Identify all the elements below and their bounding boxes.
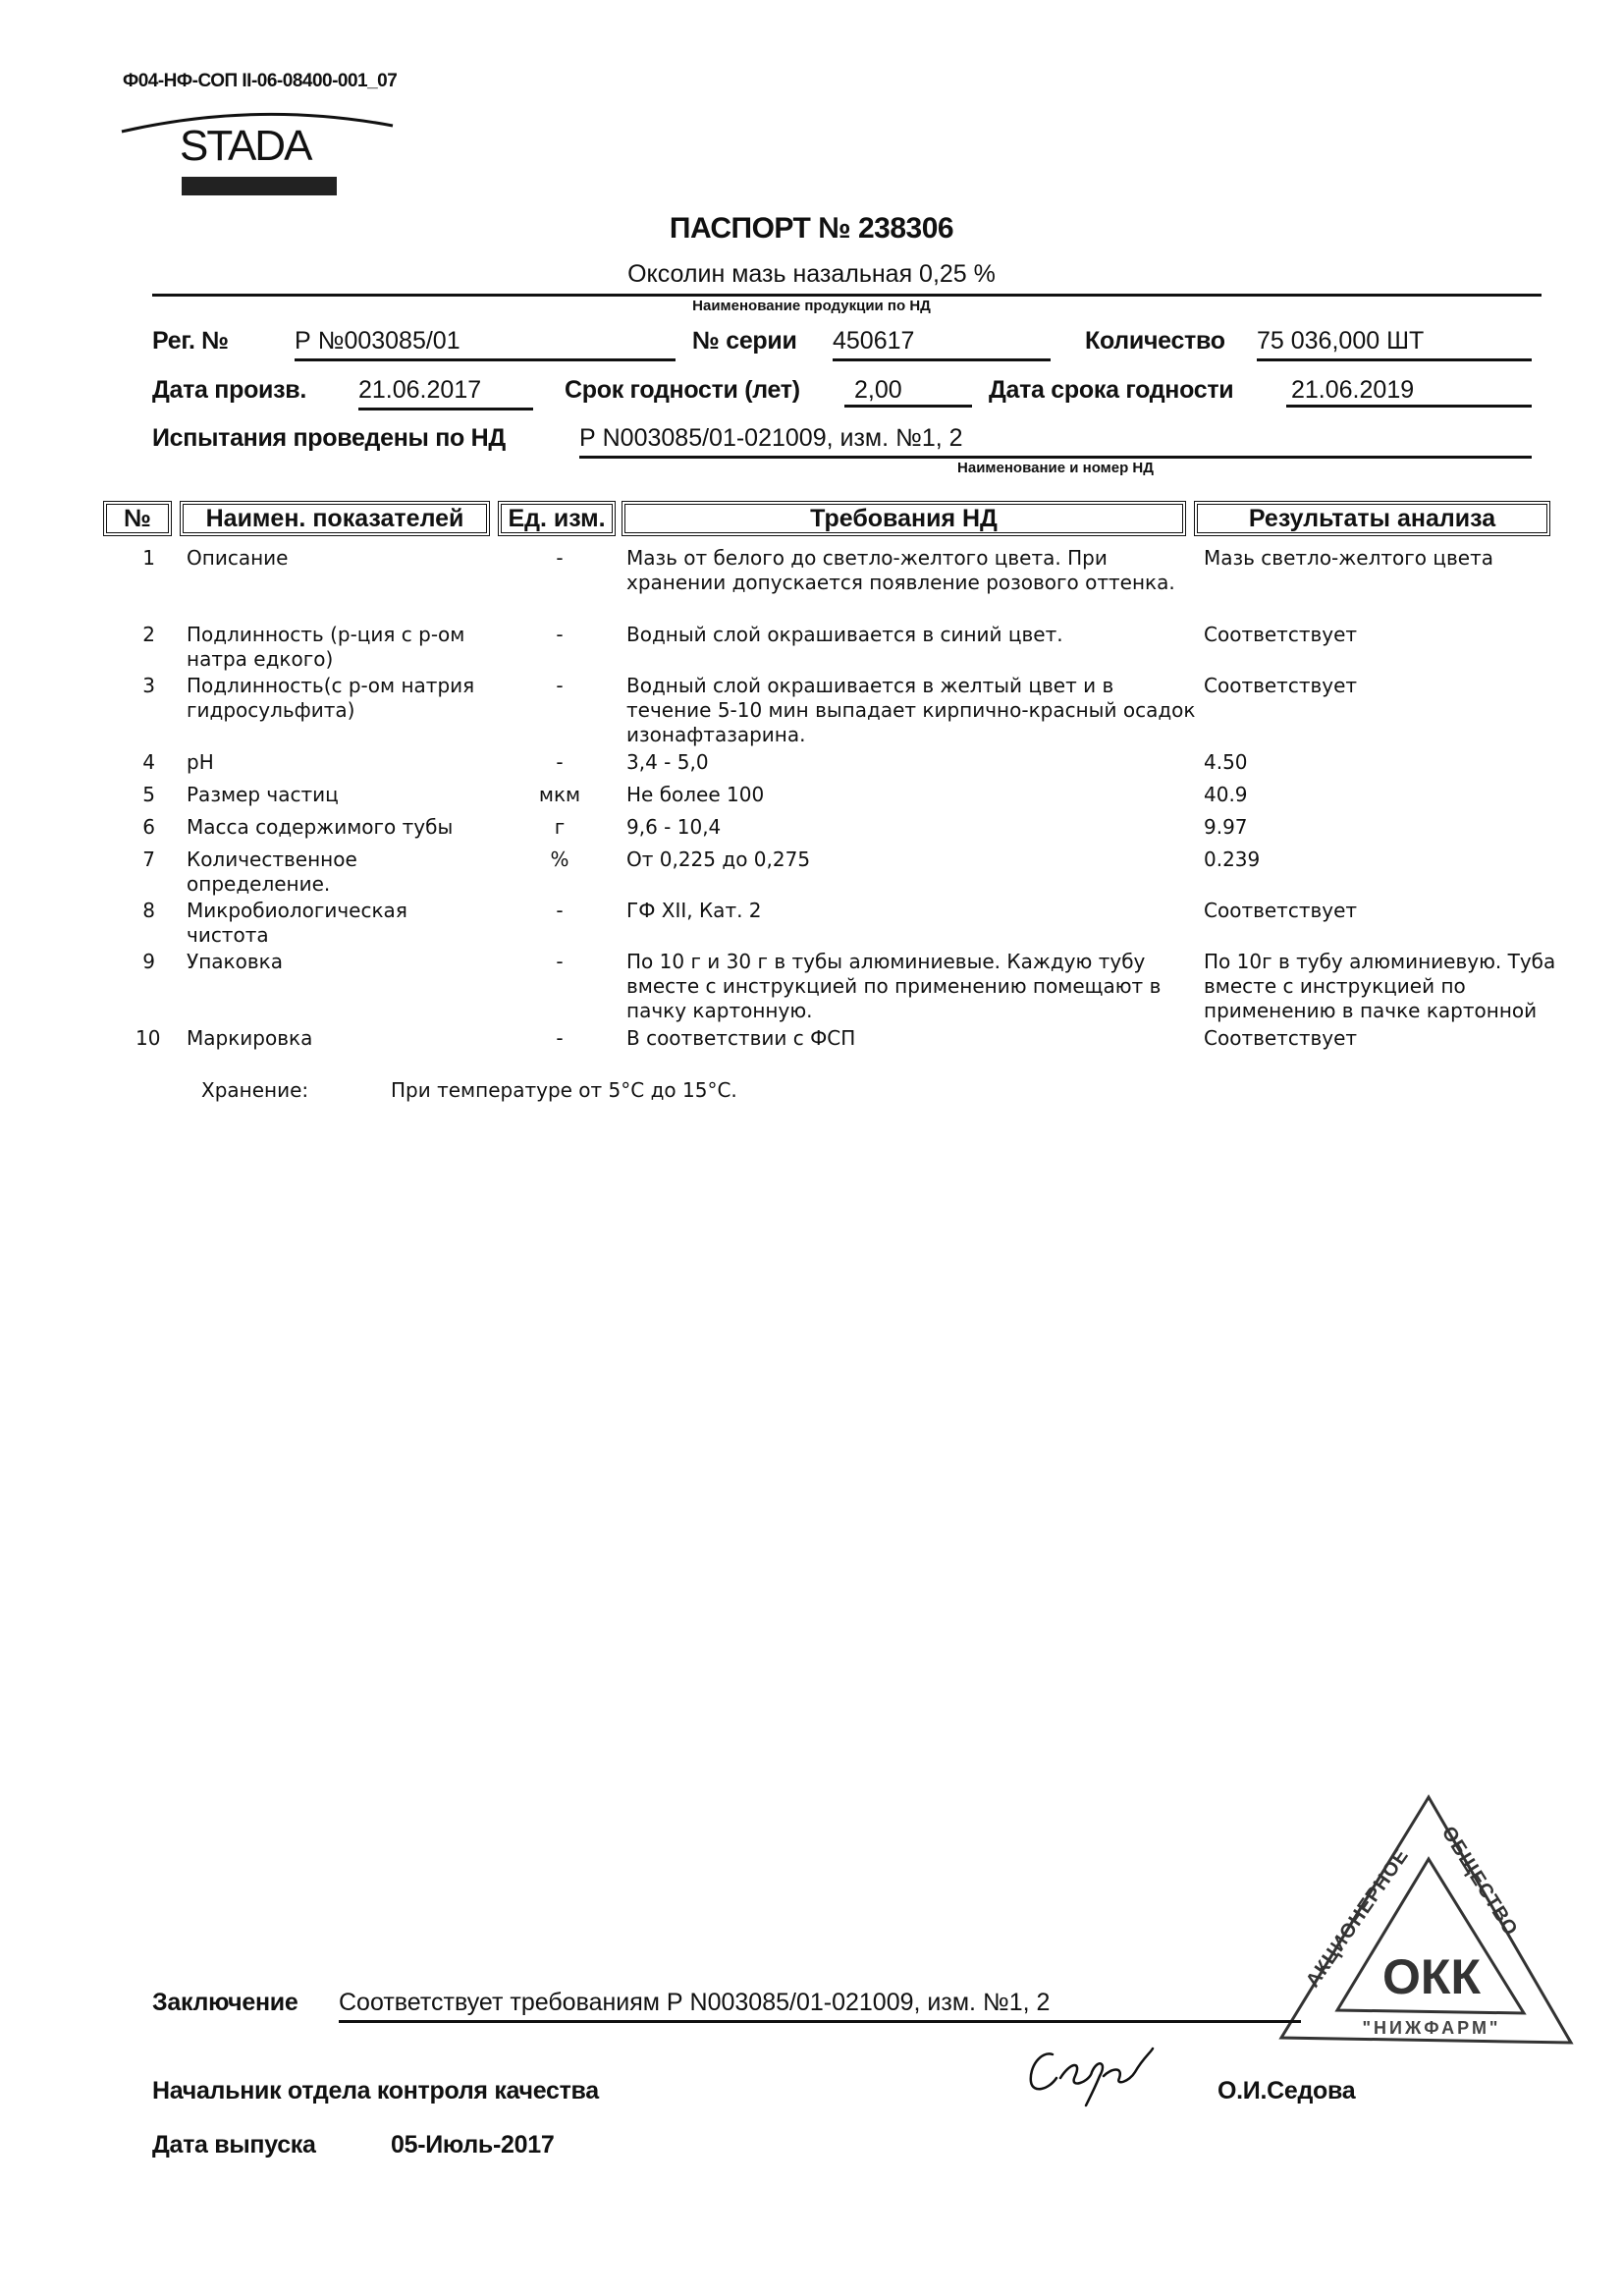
- row-result: Соответствует: [1204, 899, 1596, 923]
- row-name: Размер частиц: [187, 783, 511, 807]
- row-name: pH: [187, 750, 511, 775]
- row-result: Соответствует: [1204, 674, 1596, 698]
- row-requirement: ГФ XII, Кат. 2: [626, 899, 1196, 923]
- row-result: Соответствует: [1204, 623, 1596, 647]
- row-unit: мкм: [530, 783, 589, 807]
- header-requirements: Требования НД: [622, 501, 1186, 536]
- row-requirement: 9,6 - 10,4: [626, 815, 1196, 840]
- row-requirement: Водный слой окрашивается в желтый цвет и…: [626, 674, 1196, 747]
- okk-stamp-icon: АКЦИОНЕРНОЕ ОБЩЕСТВО ОКК "НИЖФАРМ": [1276, 1792, 1581, 2048]
- row-requirement: 3,4 - 5,0: [626, 750, 1196, 775]
- row-unit: -: [530, 899, 589, 923]
- row-result: Мазь светло-желтого цвета: [1204, 546, 1596, 571]
- header-results: Результаты анализа: [1194, 501, 1550, 536]
- row-num: 6: [135, 815, 155, 840]
- storage-label: Хранение:: [201, 1078, 308, 1102]
- shelf-life-value: 2,00: [844, 376, 972, 408]
- row-num: 4: [135, 750, 155, 775]
- row-requirement: Водный слой окрашивается в синий цвет.: [626, 623, 1196, 647]
- mfg-date-value: 21.06.2017: [358, 376, 533, 410]
- row-unit: %: [530, 847, 589, 872]
- row-unit: -: [530, 750, 589, 775]
- row-name: Маркировка: [187, 1026, 511, 1051]
- row-requirement: Не более 100: [626, 783, 1196, 807]
- reg-value: Р №003085/01: [295, 327, 676, 361]
- row-name: Подлинность(с р-ом натрия гидросульфита): [187, 674, 481, 723]
- series-label: № серии: [692, 327, 797, 355]
- header-indicator: Наимен. показателей: [180, 501, 490, 536]
- row-unit: -: [530, 1026, 589, 1051]
- quantity-value: 75 036,000 ШТ: [1257, 327, 1532, 361]
- row-name: Количественное определение.: [187, 847, 383, 897]
- row-requirement: В соответствии с ФСП: [626, 1026, 1196, 1051]
- row-name: Подлинность (р-ция с р-ом натра едкого): [187, 623, 501, 672]
- row-name: Микробиологическая чистота: [187, 899, 442, 948]
- row-result: 40.9: [1204, 783, 1596, 807]
- storage-value: При температуре от 5°С до 15°С.: [391, 1078, 737, 1102]
- product-caption: Наименование продукции по НД: [0, 298, 1623, 314]
- page-title: ПАСПОРТ № 238306: [0, 212, 1623, 246]
- row-num: 9: [135, 950, 155, 974]
- row-unit: г: [530, 815, 589, 840]
- row-result: По 10г в тубу алюминиевую. Туба вместе с…: [1204, 950, 1587, 1023]
- row-num: 3: [135, 674, 155, 698]
- row-num: 5: [135, 783, 155, 807]
- stamp-right-text: ОБЩЕСТВО: [1437, 1823, 1522, 1941]
- row-num: 1: [135, 546, 155, 571]
- reg-label: Рег. №: [152, 327, 229, 355]
- series-value: 450617: [833, 327, 1051, 361]
- signer-name: О.И.Седова: [1217, 2077, 1355, 2105]
- row-unit: -: [530, 623, 589, 647]
- conclusion-value: Соответствует требованиям Р N003085/01-0…: [339, 1989, 1301, 2023]
- row-requirement: От 0,225 до 0,275: [626, 847, 1196, 872]
- row-name: Описание: [187, 546, 511, 571]
- tests-label: Испытания проведены по НД: [152, 424, 506, 453]
- row-requirement: По 10 г и 30 г в тубы алюминиевые. Кажду…: [626, 950, 1196, 1023]
- mfg-date-label: Дата произв.: [152, 376, 306, 405]
- form-code: Ф04-НФ-СОП II-06-08400-001_07: [123, 71, 397, 92]
- row-num: 8: [135, 899, 155, 923]
- stada-logo: STADA: [180, 122, 310, 171]
- expiry-value: 21.06.2019: [1286, 376, 1532, 408]
- header-unit: Ед. изм.: [498, 501, 616, 536]
- row-result: 9.97: [1204, 815, 1596, 840]
- logo-bar: [182, 177, 337, 195]
- product-name: Оксолин мазь назальная 0,25 %: [0, 260, 1623, 289]
- row-result: 0.239: [1204, 847, 1596, 872]
- row-name: Упаковка: [187, 950, 511, 974]
- product-rule: [152, 294, 1542, 297]
- row-result: 4.50: [1204, 750, 1596, 775]
- release-date-value: 05-Июль-2017: [391, 2131, 554, 2159]
- shelf-life-label: Срок годности (лет): [565, 376, 800, 405]
- conclusion-label: Заключение: [152, 1989, 298, 2017]
- row-num: 2: [135, 623, 155, 647]
- quantity-label: Количество: [1085, 327, 1225, 355]
- row-unit: -: [530, 950, 589, 974]
- expiry-label: Дата срока годности: [989, 376, 1233, 405]
- row-num: 7: [135, 847, 155, 872]
- row-num: 10: [135, 1026, 155, 1051]
- row-unit: -: [530, 674, 589, 698]
- row-unit: -: [530, 546, 589, 571]
- release-date-label: Дата выпуска: [152, 2131, 316, 2159]
- svg-text:ОБЩЕСТВО: ОБЩЕСТВО: [1437, 1823, 1522, 1941]
- stamp-center-text: ОКК: [1382, 1949, 1481, 2004]
- row-requirement: Мазь от белого до светло-желтого цвета. …: [626, 546, 1196, 595]
- head-label: Начальник отдела контроля качества: [152, 2077, 599, 2105]
- row-result: Соответствует: [1204, 1026, 1596, 1051]
- tests-value: Р N003085/01-021009, изм. №1, 2: [579, 424, 1532, 459]
- tests-caption: Наименование и номер НД: [579, 460, 1532, 476]
- stamp-bottom-text: "НИЖФАРМ": [1363, 2018, 1501, 2038]
- row-name: Масса содержимого тубы: [187, 815, 511, 840]
- header-num: №: [103, 501, 172, 536]
- signature-icon: [1021, 2043, 1168, 2111]
